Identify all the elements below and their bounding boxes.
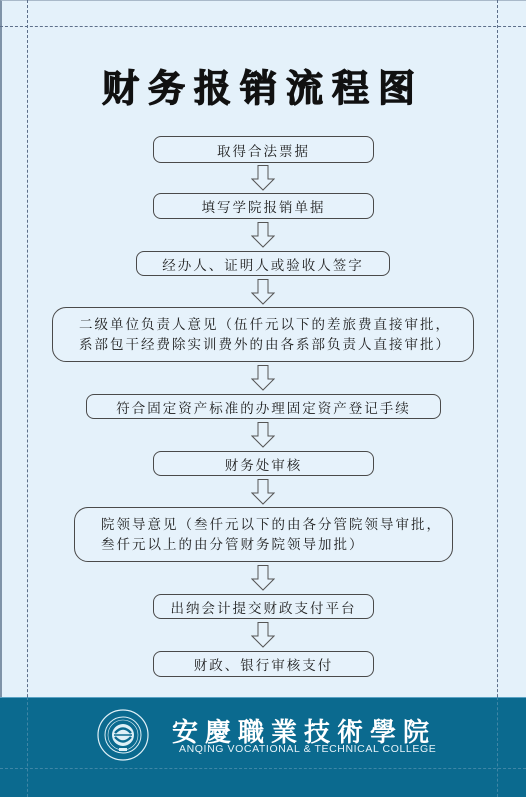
- step-9-box: 财政、银行审核支付: [153, 651, 374, 677]
- arrow-down-icon: [251, 565, 275, 591]
- guide-line-right-footer: [497, 697, 498, 797]
- step-2-box: 填写学院报销单据: [153, 193, 374, 219]
- step-6-label: 财务处审核: [225, 454, 303, 474]
- guide-line-left: [27, 0, 28, 797]
- step-6-box: 财务处审核: [153, 451, 374, 476]
- step-7-line-1: 院领导意见（叁仟元以下的由各分管院领导审批，: [101, 515, 442, 535]
- step-1-label: 取得合法票据: [217, 140, 310, 160]
- arrow-down-icon: [251, 622, 275, 648]
- step-8-label: 出纳会计提交财政支付平台: [171, 597, 357, 617]
- step-5-box: 符合固定资产标准的办理固定资产登记手续: [86, 394, 441, 419]
- step-4-box: 二级单位负责人意见（伍仟元以下的差旅费直接审批， 系部包干经费除实训费外的由各系…: [52, 307, 474, 362]
- arrow-down-icon: [251, 165, 275, 191]
- arrow-down-icon: [251, 365, 275, 391]
- step-8-box: 出纳会计提交财政支付平台: [153, 594, 374, 619]
- school-name-en: ANQING VOCATIONAL & TECHNICAL COLLEGE: [179, 743, 436, 755]
- step-3-label: 经办人、证明人或验收人签字: [162, 254, 364, 274]
- step-5-label: 符合固定资产标准的办理固定资产登记手续: [116, 397, 411, 417]
- arrow-down-icon: [251, 222, 275, 248]
- step-3-box: 经办人、证明人或验收人签字: [136, 251, 390, 276]
- step-9-label: 财政、银行审核支付: [194, 654, 334, 674]
- guide-line-top: [0, 26, 526, 27]
- school-emblem-icon: [97, 709, 149, 761]
- step-4-line-1: 二级单位负责人意见（伍仟元以下的差旅费直接审批，: [79, 315, 451, 335]
- step-1-box: 取得合法票据: [153, 136, 374, 163]
- step-4-line-2: 系部包干经费除实训费外的由各系部负责人直接审批）: [79, 335, 451, 355]
- step-2-label: 填写学院报销单据: [202, 196, 326, 216]
- arrow-down-icon: [251, 479, 275, 505]
- step-7-box: 院领导意见（叁仟元以下的由各分管院领导审批， 叁仟元以上的由分管财务院领导加批）: [74, 507, 453, 562]
- guide-line-right: [497, 0, 498, 797]
- guide-line-bottom-footer: [0, 768, 526, 769]
- step-7-line-2: 叁仟元以上的由分管财务院领导加批）: [101, 535, 365, 555]
- page-title: 财务报销流程图: [0, 58, 526, 112]
- guide-line-left-footer: [27, 697, 28, 797]
- arrow-down-icon: [251, 422, 275, 448]
- arrow-down-icon: [251, 279, 275, 305]
